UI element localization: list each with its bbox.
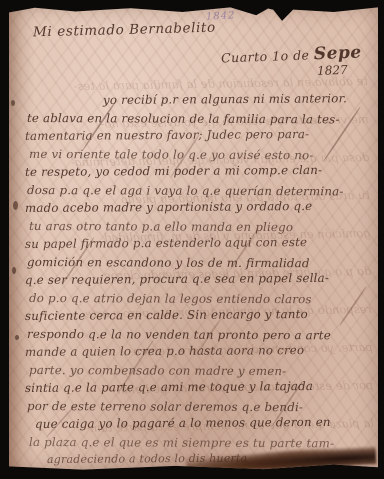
dateline-year: 1827	[221, 63, 348, 81]
manuscript-line: sintia q.e la parte q.e ami me toque y l…	[25, 377, 373, 397]
fold-speck	[12, 267, 16, 274]
dateline-prefix: Cuarto 1o de	[221, 47, 314, 65]
manuscript-line: te respeto, yo cedod mi poder a mi comp.…	[25, 161, 373, 181]
manuscript-line: q.e ser requieren, procura q.e sea en pa…	[25, 269, 373, 289]
fold-speck	[11, 100, 15, 106]
manuscript-line: su papel firmado p.a estenderlo aqui con…	[25, 233, 373, 253]
manuscript-line: mado acebo madre y aportionista y ordado…	[25, 197, 373, 217]
torn-edge-nick	[317, 0, 335, 7]
salutation-line: Mi estimado Bernabelito	[33, 20, 216, 41]
manuscript-line: que caiga yo lo pagaré a lo menos que de…	[35, 413, 373, 433]
scanned-letter-photo: 1842 Mi estimado Bernabelito Cuarto 1o d…	[0, 0, 384, 479]
letter-paper: 1842 Mi estimado Bernabelito Cuarto 1o d…	[9, 5, 378, 471]
manuscript-body: yo recibí p.r en algunas ni mis anterior…	[25, 91, 373, 469]
dateline-month: Sepe	[314, 43, 362, 65]
fold-speck	[13, 201, 18, 210]
dateline: Cuarto 1o de Sepe 1827	[221, 45, 362, 79]
fold-speck	[15, 335, 19, 340]
manuscript-line: yo recibí p.r en algunas ni mis anterior…	[103, 89, 373, 109]
manuscript-line: suficiente cerca en calde. Sin encargo y…	[25, 305, 373, 325]
